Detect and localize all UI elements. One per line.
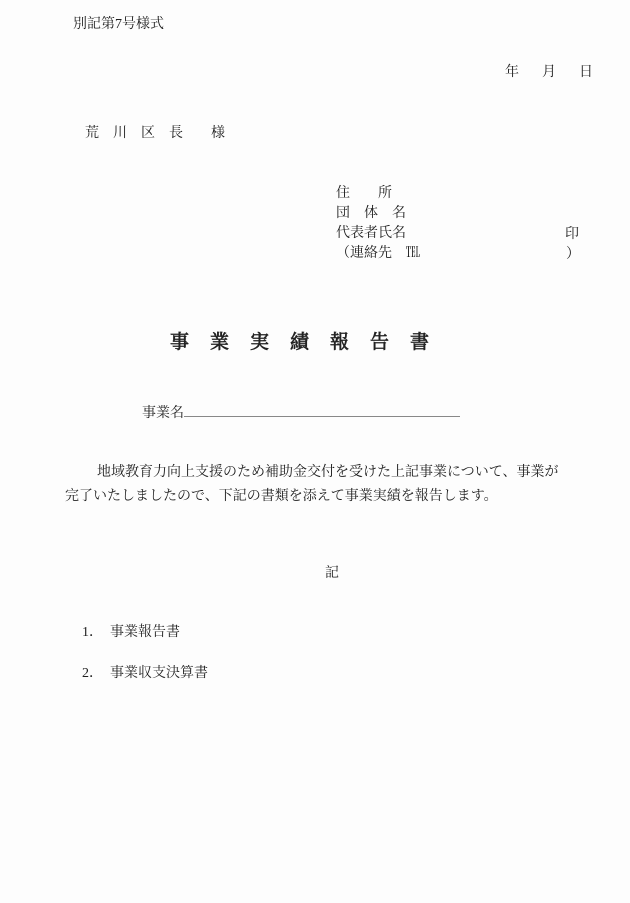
date-day-label: 日 <box>579 64 593 82</box>
attachment-item-2: 2． 事業収支決算書 <box>82 665 208 683</box>
sender-block: 住 所 団 体 名 代表者氏名 （連絡先 ℡ <box>336 184 420 264</box>
date-month-label: 月 <box>542 64 556 82</box>
project-name-label: 事業名 <box>142 406 184 421</box>
sender-organization-label: 団 体 名 <box>336 204 420 224</box>
seal-mark: 印 <box>565 226 579 244</box>
contact-close-paren: ） <box>566 246 580 264</box>
sender-representative-label: 代表者氏名 <box>336 224 420 244</box>
form-number: 別記第7号様式 <box>73 16 164 34</box>
document-page: 別記第7号様式 年 月 日 荒 川 区 長 様 住 所 団 体 名 代表者氏名 … <box>0 0 630 903</box>
project-name-line: 事業名 <box>142 402 460 423</box>
date-line: 年 月 日 <box>505 64 593 82</box>
body-text-line-1: 地域教育力向上支援のため補助金交付を受けた上記事業について、事業が <box>97 464 558 482</box>
record-heading: 記 <box>325 565 339 583</box>
addressee: 荒 川 区 長 様 <box>85 125 225 143</box>
sender-contact-label: （連絡先 ℡ <box>336 244 420 264</box>
sender-address-label: 住 所 <box>336 184 420 204</box>
attachment-item-1: 1． 事業報告書 <box>82 624 180 642</box>
date-year-label: 年 <box>505 64 519 82</box>
body-text-line-2: 完了いたしましたので、下記の書類を添えて事業実績を報告します。 <box>65 488 498 506</box>
document-title: 事 業 実 績 報 告 書 <box>0 331 600 355</box>
project-name-fill-line <box>184 402 460 417</box>
